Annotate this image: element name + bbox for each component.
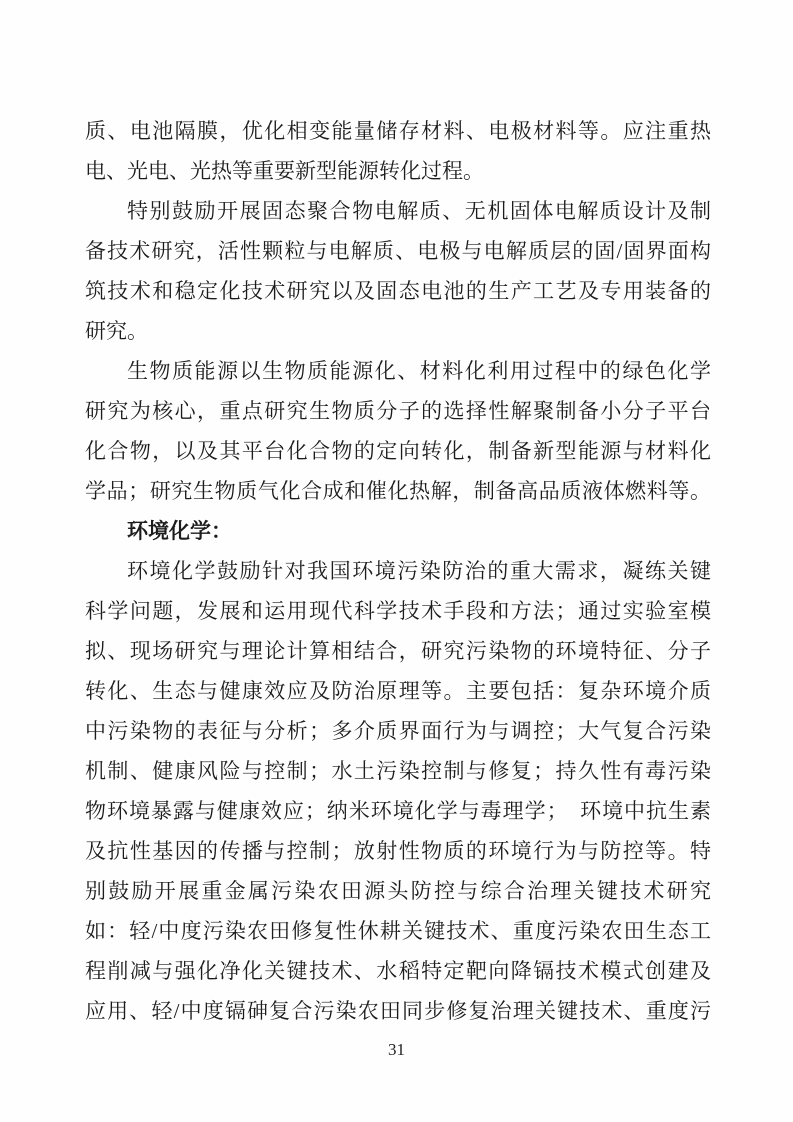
text-line: 及抗性基因的传播与控制；放射性物质的环境行为与防控等。特 bbox=[85, 831, 711, 871]
text-line: 研究为核心，重点研究生物质分子的选择性解聚制备小分子平台 bbox=[85, 391, 711, 431]
text-block: 质、电池隔膜，优化相变能量储存材料、电极材料等。应注重热 电、光电、光热等重要新… bbox=[85, 111, 711, 1031]
text-line: 科学问题，发展和运用现代科学技术手段和方法；通过实验室模 bbox=[85, 591, 711, 631]
text-line: 如：轻/中度污染农田修复性休耕关键技术、重度污染农田生态工 bbox=[85, 911, 711, 951]
text-line: 筑技术和稳定化技术研究以及固态电池的生产工艺及专用装备的 bbox=[85, 271, 711, 311]
text-line: 环境化学鼓励针对我国环境污染防治的重大需求，凝练关键 bbox=[85, 551, 711, 591]
text-line: 中污染物的表征与分析；多介质界面行为与调控；大气复合污染 bbox=[85, 711, 711, 751]
text-line: 备技术研究，活性颗粒与电解质、电极与电解质层的固/固界面构 bbox=[85, 231, 711, 271]
text-line: 应用、轻/中度镉砷复合污染农田同步修复治理关键技术、重度污 bbox=[85, 991, 711, 1031]
text-line: 程削减与强化净化关键技术、水稻特定靶向降镉技术模式创建及 bbox=[85, 951, 711, 991]
text-line: 研究。 bbox=[85, 311, 711, 351]
text-line: 生物质能源以生物质能源化、材料化利用过程中的绿色化学 bbox=[85, 351, 711, 391]
text-line: 机制、健康风险与控制；水土污染控制与修复；持久性有毒污染 bbox=[85, 751, 711, 791]
text-line: 拟、现场研究与理论计算相结合，研究污染物的环境特征、分子 bbox=[85, 631, 711, 671]
page-number: 31 bbox=[0, 1038, 793, 1062]
document-page: 质、电池隔膜，优化相变能量储存材料、电极材料等。应注重热 电、光电、光热等重要新… bbox=[0, 0, 793, 1122]
text-line: 学品；研究生物质气化合成和催化热解，制备高品质液体燃料等。 bbox=[85, 471, 711, 511]
text-line: 质、电池隔膜，优化相变能量储存材料、电极材料等。应注重热 bbox=[85, 111, 711, 151]
section-heading-environmental-chemistry: 环境化学： bbox=[85, 511, 711, 551]
text-line: 电、光电、光热等重要新型能源转化过程。 bbox=[85, 151, 711, 191]
text-line: 物环境暴露与健康效应；纳米环境化学与毒理学； 环境中抗生素 bbox=[85, 791, 711, 831]
text-line: 别鼓励开展重金属污染农田源头防控与综合治理关键技术研究 bbox=[85, 871, 711, 911]
text-line: 转化、生态与健康效应及防治原理等。主要包括：复杂环境介质 bbox=[85, 671, 711, 711]
text-line: 化合物，以及其平台化合物的定向转化，制备新型能源与材料化 bbox=[85, 431, 711, 471]
text-line: 特别鼓励开展固态聚合物电解质、无机固体电解质设计及制 bbox=[85, 191, 711, 231]
